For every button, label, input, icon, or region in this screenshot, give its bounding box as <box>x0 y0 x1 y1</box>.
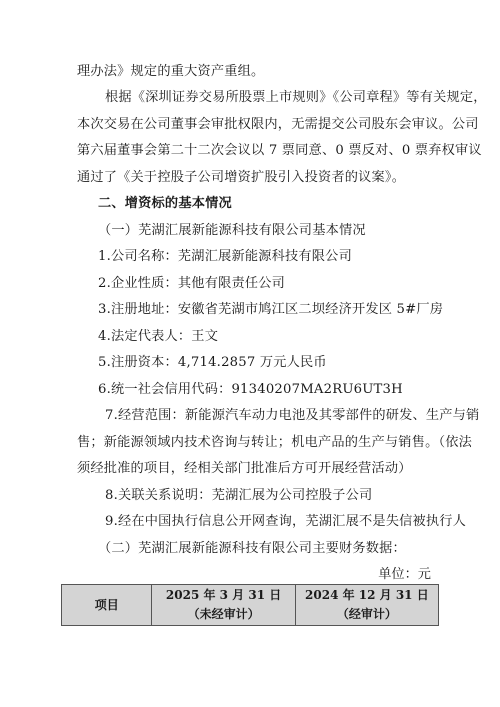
paragraph-line: 理办法》规定的重大资产重组。 <box>77 63 264 81</box>
paragraph-line: 根据《深圳证券交易所股票上市规则》《公司章程》等有关规定， <box>105 89 487 107</box>
header-date: 2025 年 3 月 31 日 <box>152 586 294 605</box>
header-audit-status: （未经审计） <box>152 605 294 624</box>
header-date: 2024 年 12 月 31 日 <box>296 586 438 605</box>
table-header-row: 项目 2025 年 3 月 31 日 （未经审计） 2024 年 12 月 31… <box>62 585 439 626</box>
paragraph-line: 本次交易在公司董事会审批权限内，无需提交公司股东会审议。公司 <box>77 116 479 134</box>
header-2024-year-end: 2024 年 12 月 31 日 （经审计） <box>295 585 438 626</box>
info-item-business-scope-cont: 须经批准的项目，经相关部门批准后方可开展经营活动） <box>77 460 412 478</box>
section-heading: 二、增资标的基本情况 <box>98 195 232 213</box>
info-item-credit-code: 6.统一社会信用代码：91340207MA2RU6UT3H <box>98 381 403 399</box>
info-item-legal-rep: 4.法定代表人：王文 <box>98 328 218 346</box>
info-item-capital: 5.注册资本：4,714.2857 万元人民币 <box>98 354 327 372</box>
header-audit-status: （经审计） <box>296 605 438 624</box>
document-page: 理办法》规定的重大资产重组。 根据《深圳证券交易所股票上市规则》《公司章程》等有… <box>0 0 500 707</box>
financial-table: 项目 2025 年 3 月 31 日 （未经审计） 2024 年 12 月 31… <box>61 584 439 626</box>
subsection-heading: （一）芜湖汇展新能源科技有限公司基本情况 <box>98 222 366 240</box>
header-2025-q1: 2025 年 3 月 31 日 （未经审计） <box>152 585 295 626</box>
info-item-credit-status: 9.经在中国执行信息公开网查询，芜湖汇展不是失信被执行人 <box>105 513 466 531</box>
info-item-business-scope: 7.经营范围：新能源汽车动力电池及其零部件的研发、生产与销 <box>105 407 479 425</box>
header-item: 项目 <box>62 585 152 626</box>
info-item-enterprise-type: 2.企业性质：其他有限责任公司 <box>98 275 285 293</box>
unit-label: 单位：元 <box>378 566 431 584</box>
subsection-heading-financial: （二）芜湖汇展新能源科技有限公司主要财务数据： <box>98 540 406 558</box>
info-item-address: 3.注册地址：安徽省芜湖市鸠江区二坝经济开发区 5#厂房 <box>98 301 443 319</box>
info-item-company-name: 1.公司名称：芜湖汇展新能源科技有限公司 <box>98 248 352 266</box>
paragraph-line: 第六届董事会第二十二次会议以 7 票同意、0 票反对、0 票弃权审议 <box>77 142 482 160</box>
header-item-label: 项目 <box>95 598 119 612</box>
info-item-relation: 8.关联关系说明：芜湖汇展为公司控股子公司 <box>105 487 372 505</box>
paragraph-line: 通过了《关于控股子公司增资扩股引入投资者的议案》。 <box>77 169 405 187</box>
info-item-business-scope-cont: 售；新能源领域内技术咨询与转让；机电产品的生产与销售。（依法 <box>77 434 472 452</box>
